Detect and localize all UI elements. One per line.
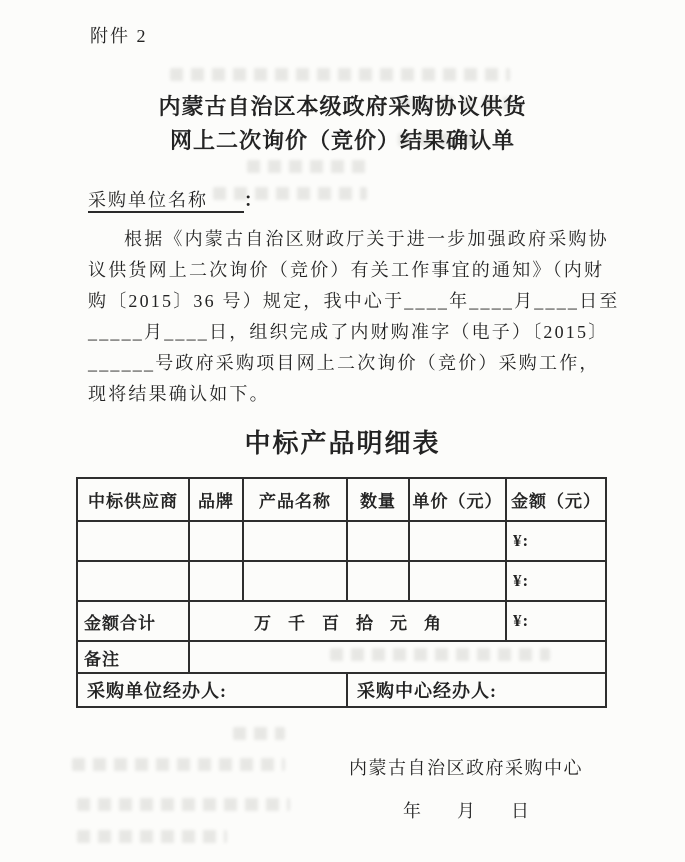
table-header-row: 中标供应商 品牌 产品名称 数量 单价（元） 金额（元） — [77, 478, 606, 521]
body-paragraph: 根据《内蒙古自治区财政厅关于进一步加强政府采购协 议供货网上二次询价（竞价）有关… — [88, 224, 613, 410]
col-header-quantity: 数量 — [347, 478, 409, 521]
brand-cell-empty — [189, 561, 243, 601]
supplier-cell-empty — [77, 521, 189, 561]
paragraph-line: 现将结果确认如下。 — [88, 379, 613, 410]
scan-bleedthrough-artifact — [233, 727, 285, 740]
paragraph-line: 购〔2015〕36 号）规定，我中心于____年____月____日至 — [88, 286, 613, 317]
product-cell-empty — [243, 561, 347, 601]
purchaser-name-colon: ： — [244, 190, 264, 210]
issuing-organization: 内蒙古自治区政府采购中心 — [344, 754, 588, 780]
paragraph-line: ______号政府采购项目网上二次询价（竞价）采购工作， — [88, 348, 613, 379]
total-row: 金额合计 万 千 百 拾 元 角 ¥: — [77, 601, 606, 641]
purchaser-name-line: 采购单位名称 ： — [88, 186, 264, 212]
paragraph-line: _____月____日，组织完成了内财购准字（电子）〔2015〕 — [88, 317, 613, 348]
purchaser-handler-label: 采购单位经办人: — [77, 673, 347, 707]
scanned-document-page: 附件 2 内蒙古自治区本级政府采购协议供货 网上二次询价（竞价）结果确认单 采购… — [0, 0, 685, 862]
brand-cell-empty — [189, 521, 243, 561]
product-cell-empty — [243, 521, 347, 561]
quantity-cell-empty — [347, 561, 409, 601]
scan-bleedthrough-artifact — [77, 798, 290, 811]
remark-row: 备注 — [77, 641, 606, 673]
total-digit-units: 万 千 百 拾 元 角 — [189, 601, 506, 641]
col-header-product: 产品名称 — [243, 478, 347, 521]
amount-cell: ¥: — [506, 521, 606, 561]
scan-bleedthrough-artifact — [72, 758, 285, 771]
document-title-line1: 内蒙古自治区本级政府采购协议供货 — [0, 90, 685, 124]
remark-label: 备注 — [77, 641, 189, 673]
table-title: 中标产品明细表 — [0, 423, 685, 460]
col-header-unit-price: 单价（元） — [409, 478, 506, 521]
purchaser-name-label: 采购单位名称 — [88, 190, 244, 213]
paragraph-line: 议供货网上二次询价（竞价）有关工作事宜的通知》（内财 — [88, 255, 613, 286]
scan-bleedthrough-artifact — [77, 830, 227, 843]
table-row: ¥: — [77, 521, 606, 561]
awarded-products-table: 中标供应商 品牌 产品名称 数量 单价（元） 金额（元） ¥: — [76, 477, 607, 708]
document-title: 内蒙古自治区本级政府采购协议供货 网上二次询价（竞价）结果确认单 — [0, 90, 685, 158]
amount-cell: ¥: — [506, 561, 606, 601]
center-handler-label: 采购中心经办人: — [347, 673, 606, 707]
col-header-brand: 品牌 — [189, 478, 243, 521]
total-amount-cell: ¥: — [506, 601, 606, 641]
table-row: ¥: — [77, 561, 606, 601]
remark-value-cell — [189, 641, 606, 673]
unit-price-cell-empty — [409, 521, 506, 561]
supplier-cell-empty — [77, 561, 189, 601]
total-label: 金额合计 — [77, 601, 189, 641]
quantity-cell-empty — [347, 521, 409, 561]
unit-price-cell-empty — [409, 561, 506, 601]
signature-date-line: 年 月 日 — [344, 797, 588, 823]
document-title-line2: 网上二次询价（竞价）结果确认单 — [0, 124, 685, 158]
attachment-label: 附件 2 — [90, 22, 148, 48]
scan-bleedthrough-artifact — [247, 160, 367, 173]
col-header-amount: 金额（元） — [506, 478, 606, 521]
handlers-row: 采购单位经办人: 采购中心经办人: — [77, 673, 606, 707]
paragraph-line: 根据《内蒙古自治区财政厅关于进一步加强政府采购协 — [88, 224, 613, 255]
scan-bleedthrough-artifact — [170, 68, 510, 81]
col-header-supplier: 中标供应商 — [77, 478, 189, 521]
